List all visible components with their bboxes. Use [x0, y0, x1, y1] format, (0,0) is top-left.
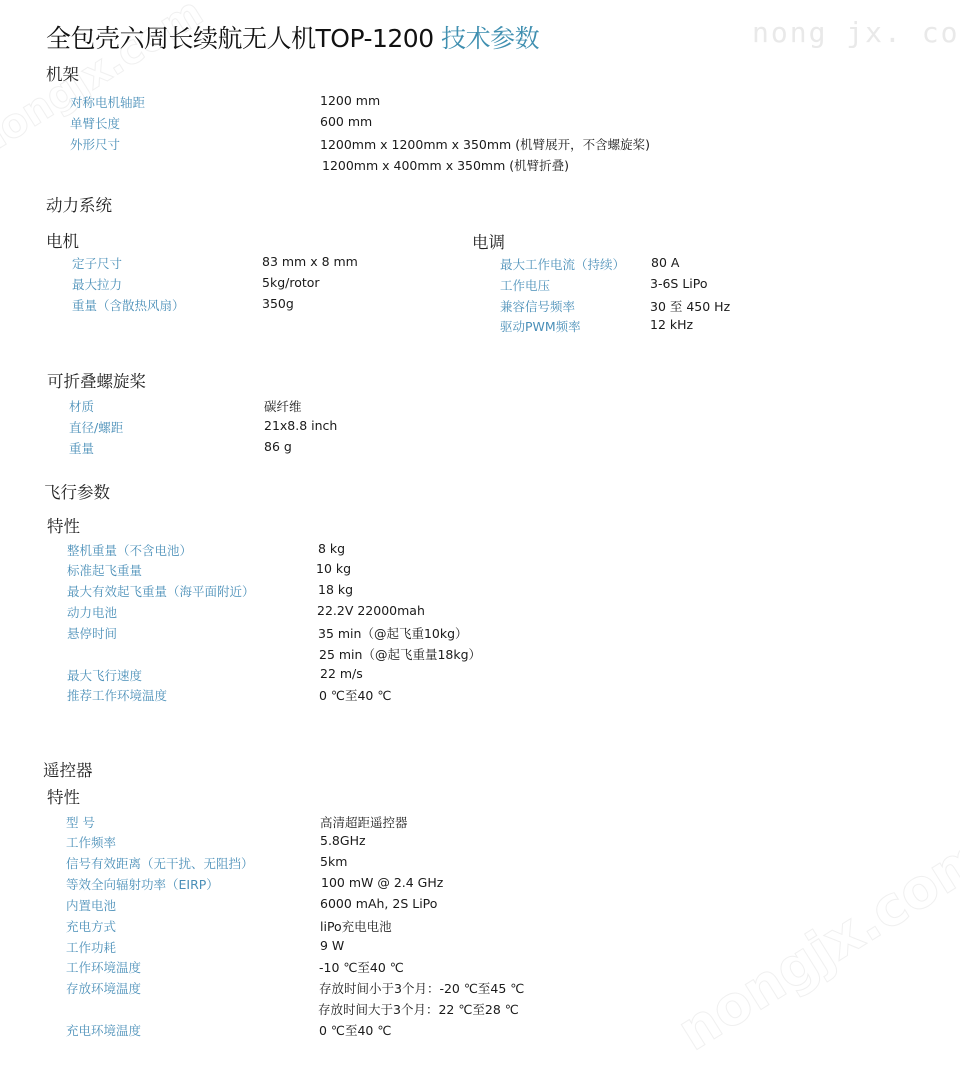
spec-label: 工作环境温度	[66, 958, 141, 976]
spec-value: 9 W	[320, 938, 344, 953]
spec-value: 10 kg	[316, 561, 351, 576]
spec-value: 1200mm x 1200mm x 350mm (机臂展开，不含螺旋桨)	[320, 135, 650, 153]
spec-label: 整机重量（不含电池）	[67, 541, 192, 559]
watermark-diagonal-bottom-right: nongjx.com	[667, 823, 960, 1063]
spec-label: 存放环境温度	[66, 979, 141, 997]
spec-value: 21x8.8 inch	[264, 418, 337, 433]
spec-value: 碳纤维	[264, 397, 302, 415]
spec-label: 推荐工作环境温度	[67, 686, 167, 704]
spec-label: 内置电池	[66, 896, 116, 914]
spec-label: 单臂长度	[70, 114, 120, 132]
spec-value: 6000 mAh, 2S LiPo	[320, 896, 437, 911]
spec-label: 直径/螺距	[69, 418, 123, 436]
spec-value: 5km	[320, 854, 347, 869]
spec-value: 存放时间小于3个月：-20 ℃至45 ℃	[319, 979, 524, 997]
watermark-top: nong jx. com	[752, 16, 960, 49]
spec-label: 工作功耗	[66, 938, 116, 956]
subsection-heading-flight-features: 特性	[47, 513, 80, 537]
spec-label: 重量	[69, 439, 94, 457]
spec-value: 100 mW @ 2.4 GHz	[321, 875, 443, 890]
spec-value: 86 g	[264, 439, 292, 454]
spec-value: 350g	[262, 296, 294, 311]
page-title-main: 全包壳六周长续航无人机TOP-1200	[46, 24, 441, 53]
spec-label: 定子尺寸	[72, 254, 122, 272]
spec-label: 最大工作电流（持续）	[500, 255, 625, 273]
spec-value: 12 kHz	[650, 317, 693, 332]
spec-value: 8 kg	[318, 541, 345, 556]
spec-value: 600 mm	[320, 114, 372, 129]
spec-label: 悬停时间	[67, 624, 117, 642]
spec-value: 5kg/rotor	[262, 275, 320, 290]
spec-label: 最大飞行速度	[67, 666, 142, 684]
spec-value: 5.8GHz	[320, 833, 366, 848]
spec-value: 1200 mm	[320, 93, 380, 108]
subsection-heading-remote-features: 特性	[47, 784, 80, 808]
spec-value: 22 m/s	[320, 666, 363, 681]
spec-value: -10 ℃至40 ℃	[319, 958, 404, 976]
spec-label: 动力电池	[67, 603, 117, 621]
spec-label: 最大拉力	[72, 275, 122, 293]
section-heading-flight: 飞行参数	[44, 479, 110, 503]
spec-label: 型 号	[66, 813, 95, 831]
spec-value: 1200mm x 400mm x 350mm (机臂折叠)	[322, 156, 569, 174]
subsection-heading-esc: 电调	[472, 229, 505, 253]
spec-value: 0 ℃至40 ℃	[319, 1021, 391, 1039]
section-heading-power: 动力系统	[46, 192, 112, 216]
spec-label: 材质	[69, 397, 94, 415]
spec-label: 标准起飞重量	[67, 561, 142, 579]
spec-label: 最大有效起飞重量（海平面附近）	[67, 582, 255, 600]
spec-value: 83 mm x 8 mm	[262, 254, 358, 269]
spec-value: 80 A	[651, 255, 679, 270]
spec-label: 外形尺寸	[70, 135, 120, 153]
section-heading-propeller: 可折叠螺旋桨	[47, 368, 146, 392]
spec-label: 信号有效距离（无干扰、无阻挡）	[66, 854, 254, 872]
spec-label: 充电方式	[66, 917, 116, 935]
section-heading-frame: 机架	[46, 61, 79, 85]
spec-value: 18 kg	[318, 582, 353, 597]
spec-value: 25 min（@起飞重量18kg）	[319, 645, 481, 663]
spec-value: 存放时间大于3个月：22 ℃至28 ℃	[318, 1000, 519, 1018]
spec-value: 35 min（@起飞重10kg）	[318, 624, 468, 642]
spec-label: 兼容信号频率	[500, 297, 575, 315]
spec-label: 工作频率	[66, 833, 116, 851]
page-title-accent: 技术参数	[441, 24, 539, 53]
spec-label: 驱动PWM频率	[500, 317, 581, 335]
spec-value: 3-6S LiPo	[650, 276, 708, 291]
spec-label: 重量（含散热风扇）	[72, 296, 185, 314]
spec-value: 22.2V 22000mah	[317, 603, 425, 618]
spec-label: 等效全向辐射功率（EIRP）	[66, 875, 219, 893]
spec-label: 工作电压	[500, 276, 550, 294]
spec-value: liPo充电电池	[320, 917, 392, 935]
subsection-heading-motor: 电机	[46, 228, 79, 252]
spec-label: 充电环境温度	[66, 1021, 141, 1039]
page-title: 全包壳六周长续航无人机TOP-1200 技术参数	[46, 19, 539, 55]
section-heading-remote: 遥控器	[43, 757, 93, 781]
spec-value: 30 至 450 Hz	[650, 297, 730, 315]
spec-value: 高清超距遥控器	[320, 813, 408, 831]
spec-value: 0 ℃至40 ℃	[319, 686, 391, 704]
spec-label: 对称电机轴距	[70, 93, 145, 111]
